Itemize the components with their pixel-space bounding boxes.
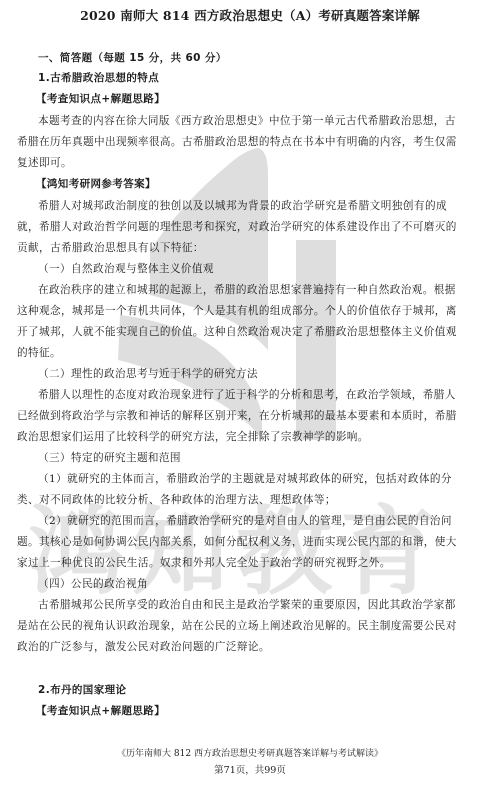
footer-page-number: 第71页，共99页 (0, 762, 500, 776)
point-2-line: 希腊人以理性的态度对政治现象进行了近于科学的分析和思考，在政治学领域，希腊人 (38, 387, 447, 402)
point-2-heading: （二）理性的政治思考与近于科学的研究方法 (38, 366, 258, 381)
analysis-line: 希腊在历年真题中出现频率很高。古希腊政治思想的特点在书本中有明确的内容，考生仅需 (17, 134, 447, 149)
point-4-line: 是站在公民的视角认识政治现象，站在公民的立场上阐述政治见解的。民主制度需要公民对 (17, 618, 447, 633)
point-4-line: 政治的广泛参与，激发公民对政治问题的广泛辩论。 (17, 639, 447, 654)
answer-line: 贡献，古希腊政治思想具有以下特征： (17, 240, 447, 255)
point-4-line: 古希腊城邦公民所享受的政治自由和民主是政治学繁荣的重要原因，因此其政治学家都 (38, 597, 447, 612)
question-2-title: 2.布丹的国家理论 (38, 682, 126, 697)
analysis-line: 复述即可。 (17, 155, 447, 170)
point-3-line: 题。其核心是如何协调公民内部关系，如何分配权利义务，进而实现公民内部的和谐，使大 (17, 534, 447, 549)
point-1-heading: （一）自然政治观与整体主义价值观 (38, 261, 214, 276)
point-1-line: 在政治秩序的建立和城邦的起源上，希腊的政治思想家普遍持有一种自然政治观。根据 (38, 282, 447, 297)
section-heading: 一、简答题（每题 15 分，共 60 分） (38, 50, 227, 65)
point-1-line: 的特征。 (17, 345, 447, 360)
point-3-line: （1）就研究的主体而言，希腊政治学的主题就是对城邦政体的研究，包括对政体的分 (38, 471, 447, 486)
point-3-line: 家过上一种优良的公民生活。奴隶和外邦人完全处于政治学的研究视野之外。 (17, 555, 447, 570)
document-title: 2020 南师大 814 西方政治思想史（A）考研真题答案详解 (0, 6, 500, 24)
document-page: 鸿知教育 2020 南师大 814 西方政治思想史（A）考研真题答案详解 一、简… (0, 0, 500, 793)
question-2-analysis-label: 【考查知识点+解题思路】 (36, 703, 165, 718)
point-4-heading: （四）公民的政治视角 (38, 576, 148, 591)
point-3-line: 类、对不同政体的比较分析、各种政体的治理方法、理想政体等； (17, 492, 447, 507)
svg-text:鸿知教育: 鸿知教育 (28, 495, 444, 608)
analysis-line: 本题考查的内容在徐大同版《西方政治思想史》中位于第一单元古代希腊政治思想，古 (38, 113, 447, 128)
point-3-heading: （三）特定的研究主题和范围 (38, 450, 181, 465)
question-1-analysis-label: 【考查知识点+解题思路】 (36, 91, 165, 106)
point-1-line: 开了城邦，人就不能实现自己的价值。这种自然政治观决定了希腊政治思想整体主义价值观 (17, 324, 447, 339)
point-2-line: 已经做到将政治学与宗教和神话的解释区别开来，在分析城邦的最基本要素和本质时，希腊 (17, 408, 447, 423)
footer-book-title: 《历年南师大 812 西方政治思想史考研真题答案详解与考试解读》 (0, 746, 500, 759)
answer-line: 希腊人对城邦政治制度的独创以及以城邦为背景的政治学研究是希腊文明独创有的成 (38, 198, 447, 213)
answer-line: 就，希腊人对政治哲学问题的理性思考和探究，对政治学研究的体系建设作出了不可磨灭的 (17, 219, 447, 234)
point-2-line: 政治思想家们运用了比较科学的研究方法，完全排除了宗教神学的影响。 (17, 429, 447, 444)
point-3-line: （2）就研究的范围而言，希腊政治学研究的是对自由人的管理，是自由公民的自治问 (38, 513, 447, 528)
question-1-title: 1.古希腊政治思想的特点 (38, 70, 159, 85)
point-1-line: 这种观念，城邦是一个有机共同体，个人是其有机的组成部分。个人的价值依存于城邦，离 (17, 303, 447, 318)
question-1-answer-label: 【鸿知考研网参考答案】 (36, 176, 156, 191)
